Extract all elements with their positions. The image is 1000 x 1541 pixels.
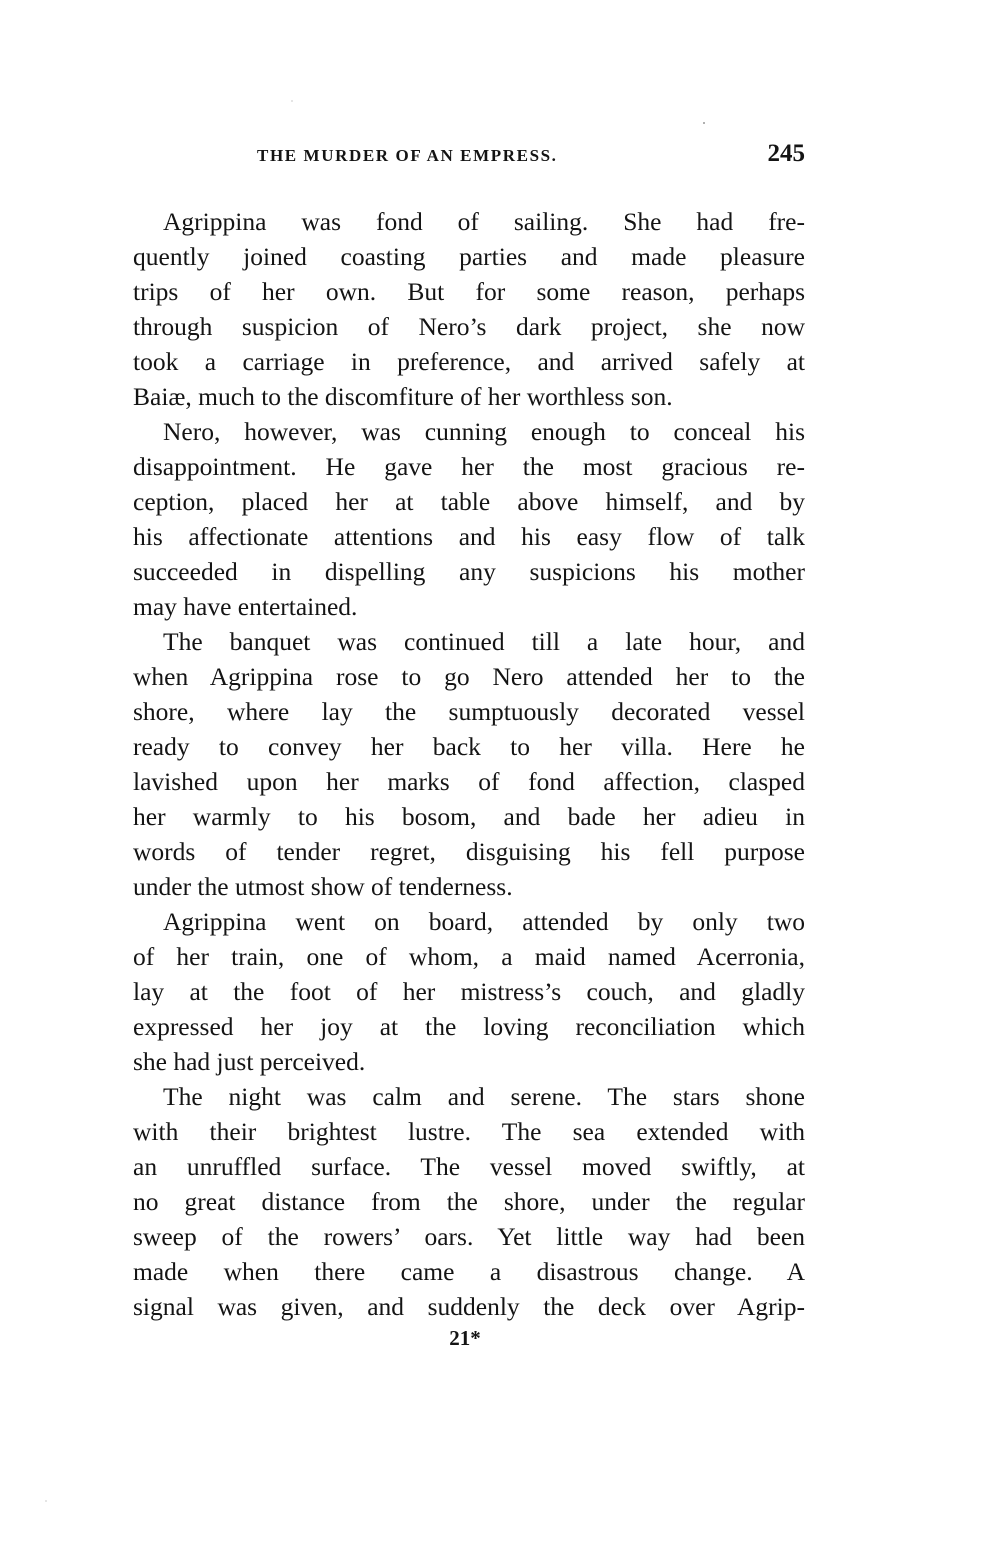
signature-mark: 21* bbox=[133, 1326, 805, 1351]
book-page: THE MURDER OF AN EMPRESS. 245 Agrippina … bbox=[133, 140, 805, 1351]
text-line: trips of her own. But for some reason, p… bbox=[133, 274, 805, 309]
page-number: 245 bbox=[768, 140, 806, 168]
text-line: an unruffled surface. The vessel moved s… bbox=[133, 1149, 805, 1184]
text-line: sweep of the rowers’ oars. Yet little wa… bbox=[133, 1219, 805, 1254]
text-line: under the utmost show of tenderness. bbox=[133, 869, 805, 904]
text-line: lavished upon her marks of fond affectio… bbox=[133, 764, 805, 799]
text-line: his affectionate attentions and his easy… bbox=[133, 519, 805, 554]
text-line: Baiæ, much to the discomfiture of her wo… bbox=[133, 379, 805, 414]
text-line: succeeded in dispelling any suspicions h… bbox=[133, 554, 805, 589]
text-line: took a carriage in preference, and arriv… bbox=[133, 344, 805, 379]
body-text: Agrippina was fond of sailing. She had f… bbox=[133, 204, 805, 1324]
text-line: her warmly to his bosom, and bade her ad… bbox=[133, 799, 805, 834]
running-title: THE MURDER OF AN EMPRESS. bbox=[257, 146, 558, 166]
running-head: THE MURDER OF AN EMPRESS. 245 bbox=[133, 140, 805, 174]
paragraph: The night was calm and serene. The stars… bbox=[133, 1079, 805, 1324]
scan-speck bbox=[703, 122, 705, 124]
text-line: The banquet was continued till a late ho… bbox=[133, 624, 805, 659]
text-line: signal was given, and suddenly the deck … bbox=[133, 1289, 805, 1324]
text-line: expressed her joy at the loving reconcil… bbox=[133, 1009, 805, 1044]
text-line: The night was calm and serene. The stars… bbox=[133, 1079, 805, 1114]
paragraph: Agrippina went on board, attended by onl… bbox=[133, 904, 805, 1079]
text-line: ception, placed her at table above himse… bbox=[133, 484, 805, 519]
paragraph: Agrippina was fond of sailing. She had f… bbox=[133, 204, 805, 414]
text-line: no great distance from the shore, under … bbox=[133, 1184, 805, 1219]
text-line: shore, where lay the sumptuously decorat… bbox=[133, 694, 805, 729]
scan-speck bbox=[45, 1500, 47, 1502]
text-line: Agrippina went on board, attended by onl… bbox=[133, 904, 805, 939]
paragraph: The banquet was continued till a late ho… bbox=[133, 624, 805, 904]
text-line: ready to convey her back to her villa. H… bbox=[133, 729, 805, 764]
text-line: Agrippina was fond of sailing. She had f… bbox=[133, 204, 805, 239]
text-line: with their brightest lustre. The sea ext… bbox=[133, 1114, 805, 1149]
text-line: quently joined coasting parties and made… bbox=[133, 239, 805, 274]
text-line: she had just perceived. bbox=[133, 1044, 805, 1079]
text-line: when Agrippina rose to go Nero attended … bbox=[133, 659, 805, 694]
text-line: lay at the foot of her mistress’s couch,… bbox=[133, 974, 805, 1009]
text-line: Nero, however, was cunning enough to con… bbox=[133, 414, 805, 449]
text-line: made when there came a disastrous change… bbox=[133, 1254, 805, 1289]
text-line: may have entertained. bbox=[133, 589, 805, 624]
text-line: through suspicion of Nero’s dark project… bbox=[133, 309, 805, 344]
text-line: words of tender regret, disguising his f… bbox=[133, 834, 805, 869]
paragraph: Nero, however, was cunning enough to con… bbox=[133, 414, 805, 624]
text-line: disappointment. He gave her the most gra… bbox=[133, 449, 805, 484]
scan-speck bbox=[291, 100, 293, 102]
text-line: of her train, one of whom, a maid named … bbox=[133, 939, 805, 974]
